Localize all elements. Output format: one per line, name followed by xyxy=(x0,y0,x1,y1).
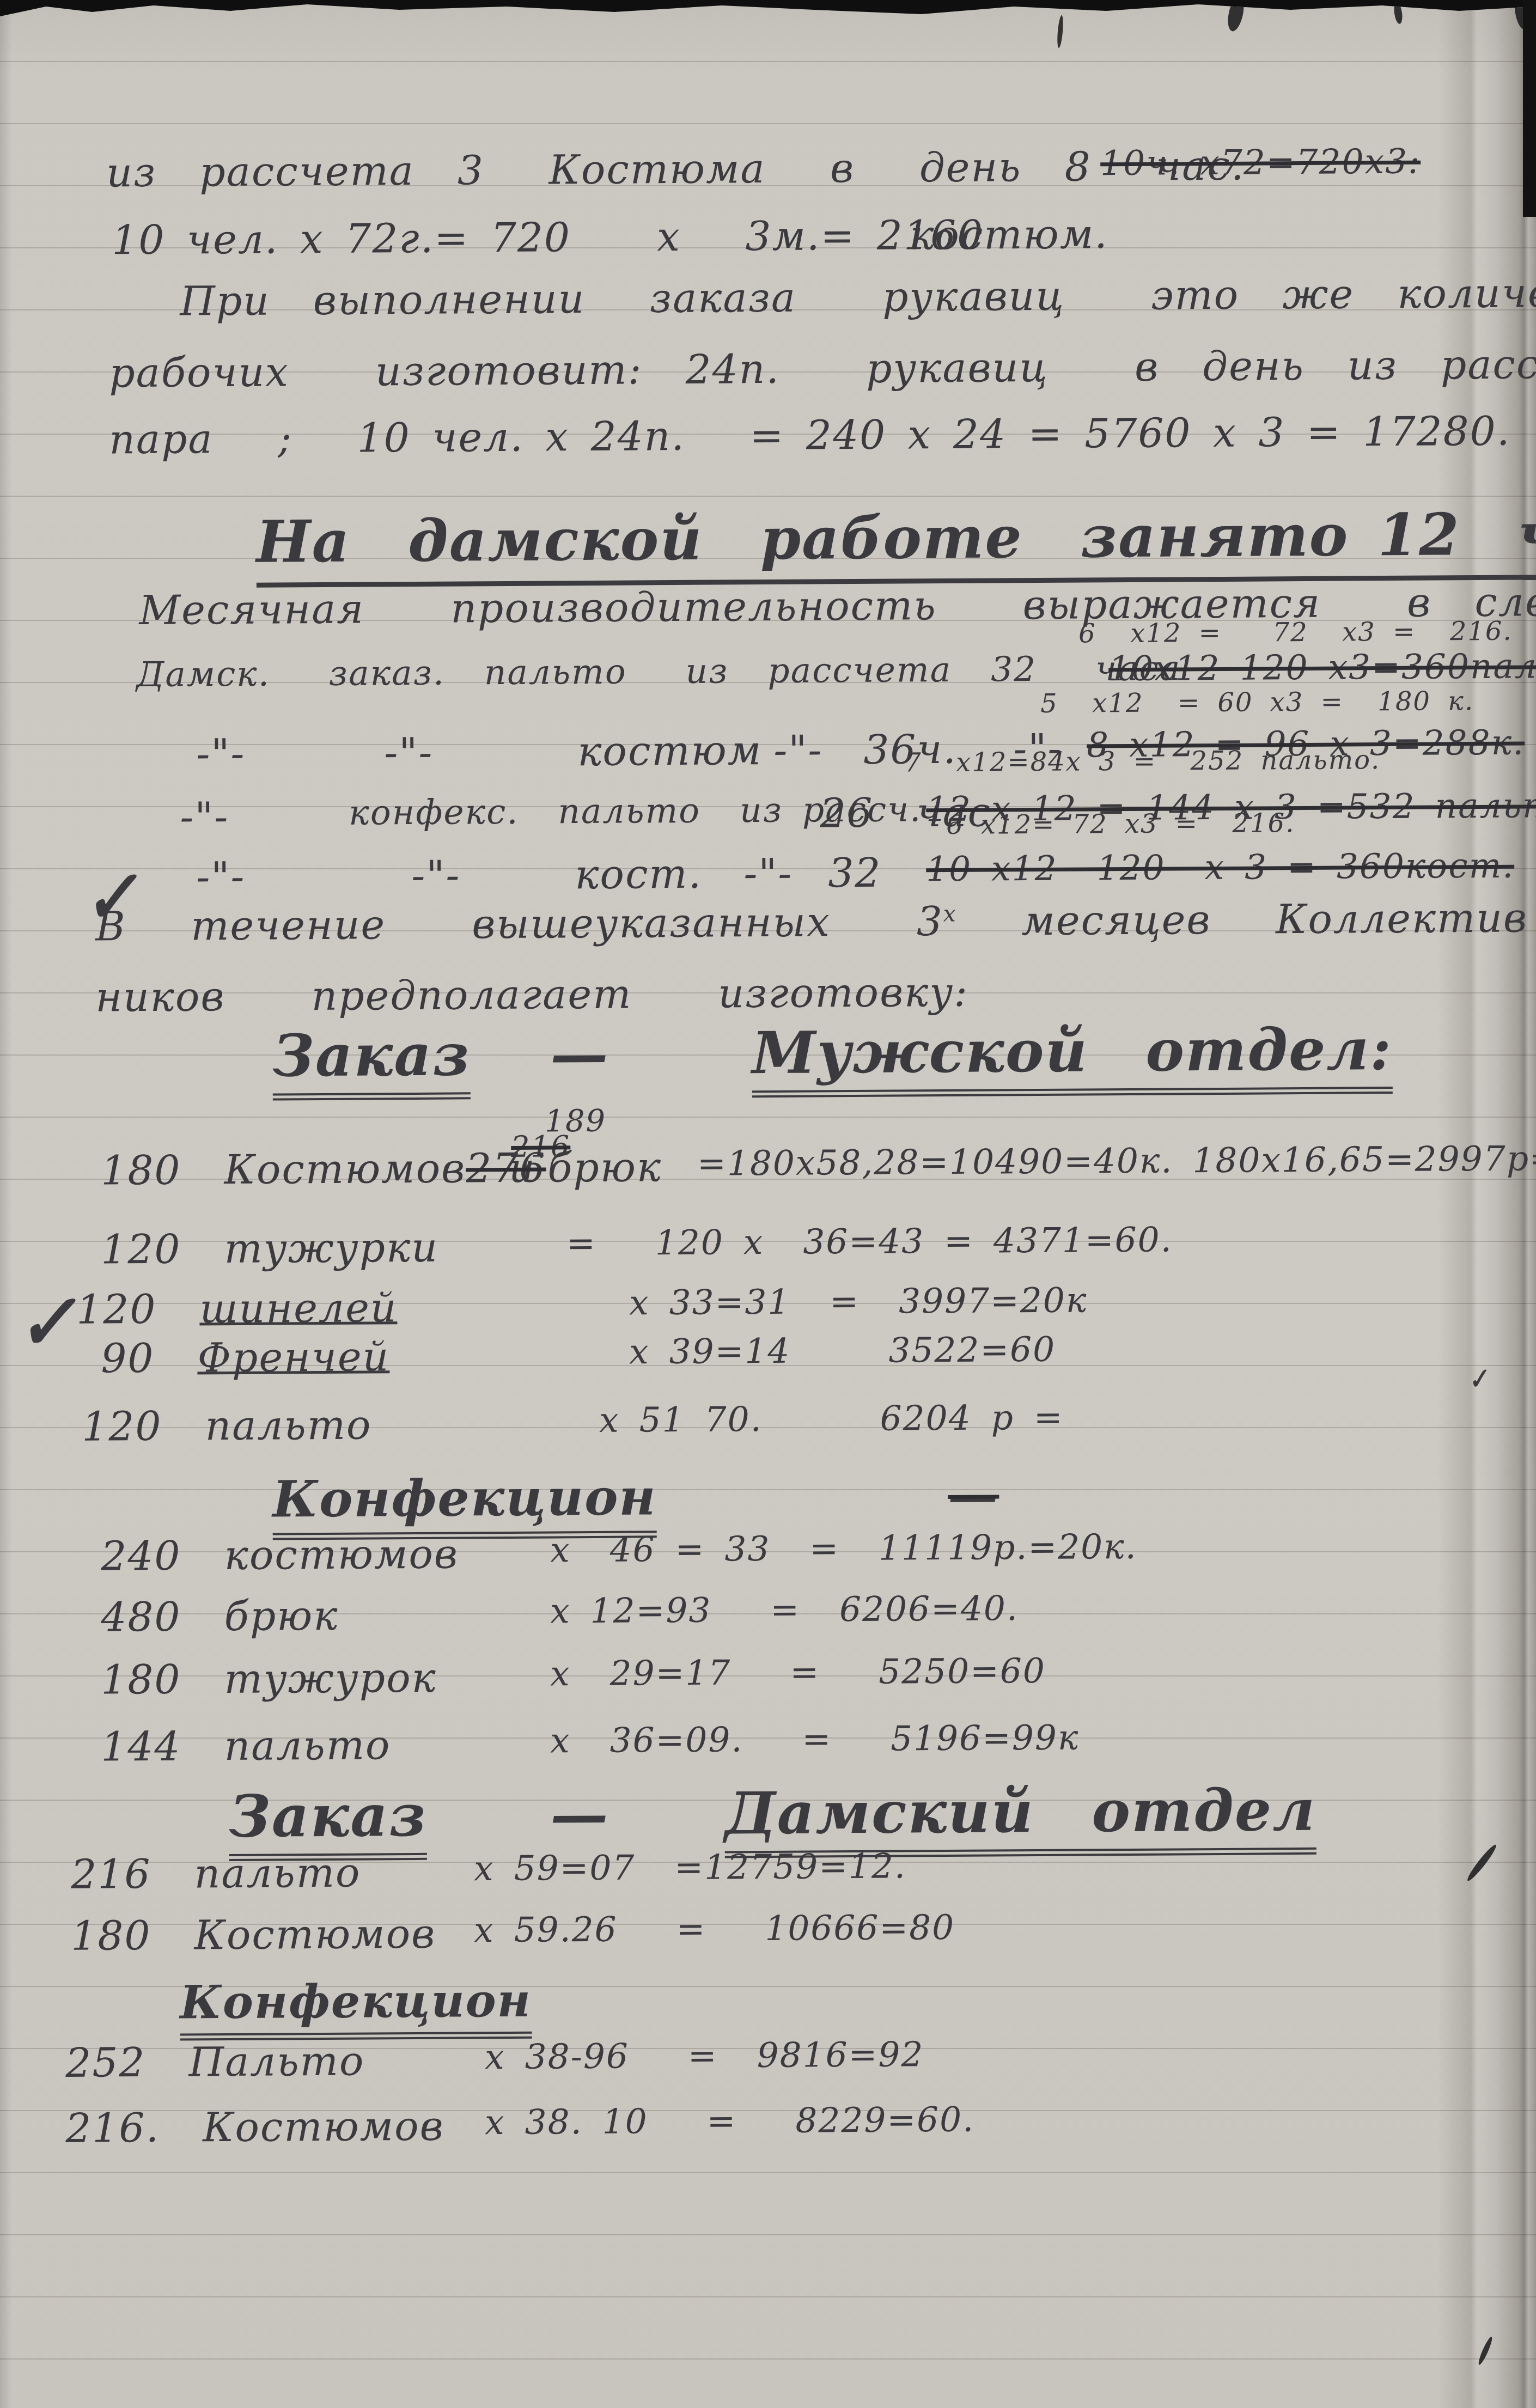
line-mittens-calc: пара ; 10 чел. х 24п. = 240 х 24 = 5760 … xyxy=(0,408,1536,417)
row-mens-conf-coats: 144 пальтох 36=09. = 5196=99к xyxy=(0,1715,1536,1724)
margin-check-right: ✓ xyxy=(1464,1362,1491,1396)
margin-slash-2 xyxy=(1477,2336,1494,2366)
heading-ladies-section: На дамской работе занято 12 человек xyxy=(0,501,1536,510)
scan-background: { "page":{"background":"#0f0f0f","paper_… xyxy=(0,0,1536,2408)
margin-check-2: ✓ xyxy=(13,1277,80,1368)
heading-mens-confection: Конфекцион— xyxy=(0,1463,1536,1472)
margin-check-1: ✓ xyxy=(78,855,143,940)
ink-blot-top-1 xyxy=(1225,0,1246,33)
row-mens-order-jackets: 120 тужурки= 120 х 36=43 = 4371=60. xyxy=(0,1218,1536,1227)
line-mittens-intro-2: рабочих изготовит: 24п. рукавиц в день и… xyxy=(0,342,1536,351)
line-calc-suits-total: 10 чел. х 72г.= 720 х 3м.= 2160костюм. xyxy=(0,209,1536,218)
note-crossed-216: 216 xyxy=(0,1124,1536,1133)
heading-order-ladies: Заказ—Дамский отдел xyxy=(0,1775,1536,1784)
line-ladies-suit-order: -"--"-костюм-"-36ч.-"-8 х12 = 96 х 3=288… xyxy=(0,723,1536,732)
line-period-intro-2: ников предполагает изготовку: xyxy=(0,966,1536,975)
row-mens-order-suits: 180 Костюмов и276брюк=180х58,28=10490=40… xyxy=(0,1139,1536,1148)
line-confection-suit-order: -"--"-кост.-"-3210 х12 120 х 3 = 360кост… xyxy=(0,846,1536,855)
row-mens-order-coats: 120 пальтох 51 70. 6204 р = xyxy=(0,1395,1536,1404)
margin-slash-1 xyxy=(1465,1843,1499,1883)
row-mens-conf-trousers: 480 брюкх 12=93 = 6206=40. xyxy=(0,1586,1536,1595)
row-ladies-conf-suits: 216. Костюмовх 38. 10 = 8229=60. xyxy=(0,2096,1536,2106)
line-mittens-intro-1: При выполнении заказа рукавиц это же кол… xyxy=(0,270,1536,279)
line-confection-coat-order: -"-конфекс. пальто из рассч.26 час12 х 1… xyxy=(0,786,1536,795)
ink-blot-top-2 xyxy=(1393,2,1403,25)
row-ladies-order-suits: 180 Костюмовх 59.26 = 10666=80 xyxy=(0,1904,1536,1913)
line-ladies-coat-order: Дамск. заказ. пальто из рассчета 32 часа… xyxy=(0,647,1536,656)
heading-ladies-confection: Конфекцион xyxy=(0,1968,1536,1977)
note-corrected-189: 189 xyxy=(0,1098,1536,1107)
row-mens-order-greatcoats: 120 шинелейх 33=31 = 3997=20к xyxy=(0,1278,1536,1287)
row-mens-conf-suits: 240 костюмовх 46 = 33 = 11119р.=20к. xyxy=(0,1525,1536,1534)
scan-corner-shadow xyxy=(1523,0,1536,217)
document-page: из рассчета 3 Костюма в день 8 час.10ч. … xyxy=(0,0,1536,2408)
ink-tick-top xyxy=(1056,15,1064,48)
line-calc-suits-basis: из рассчета 3 Костюма в день 8 час.10ч. … xyxy=(0,141,1536,150)
row-mens-conf-jackets: 180 тужурокх 29=17 = 5250=60 xyxy=(0,1648,1536,1657)
